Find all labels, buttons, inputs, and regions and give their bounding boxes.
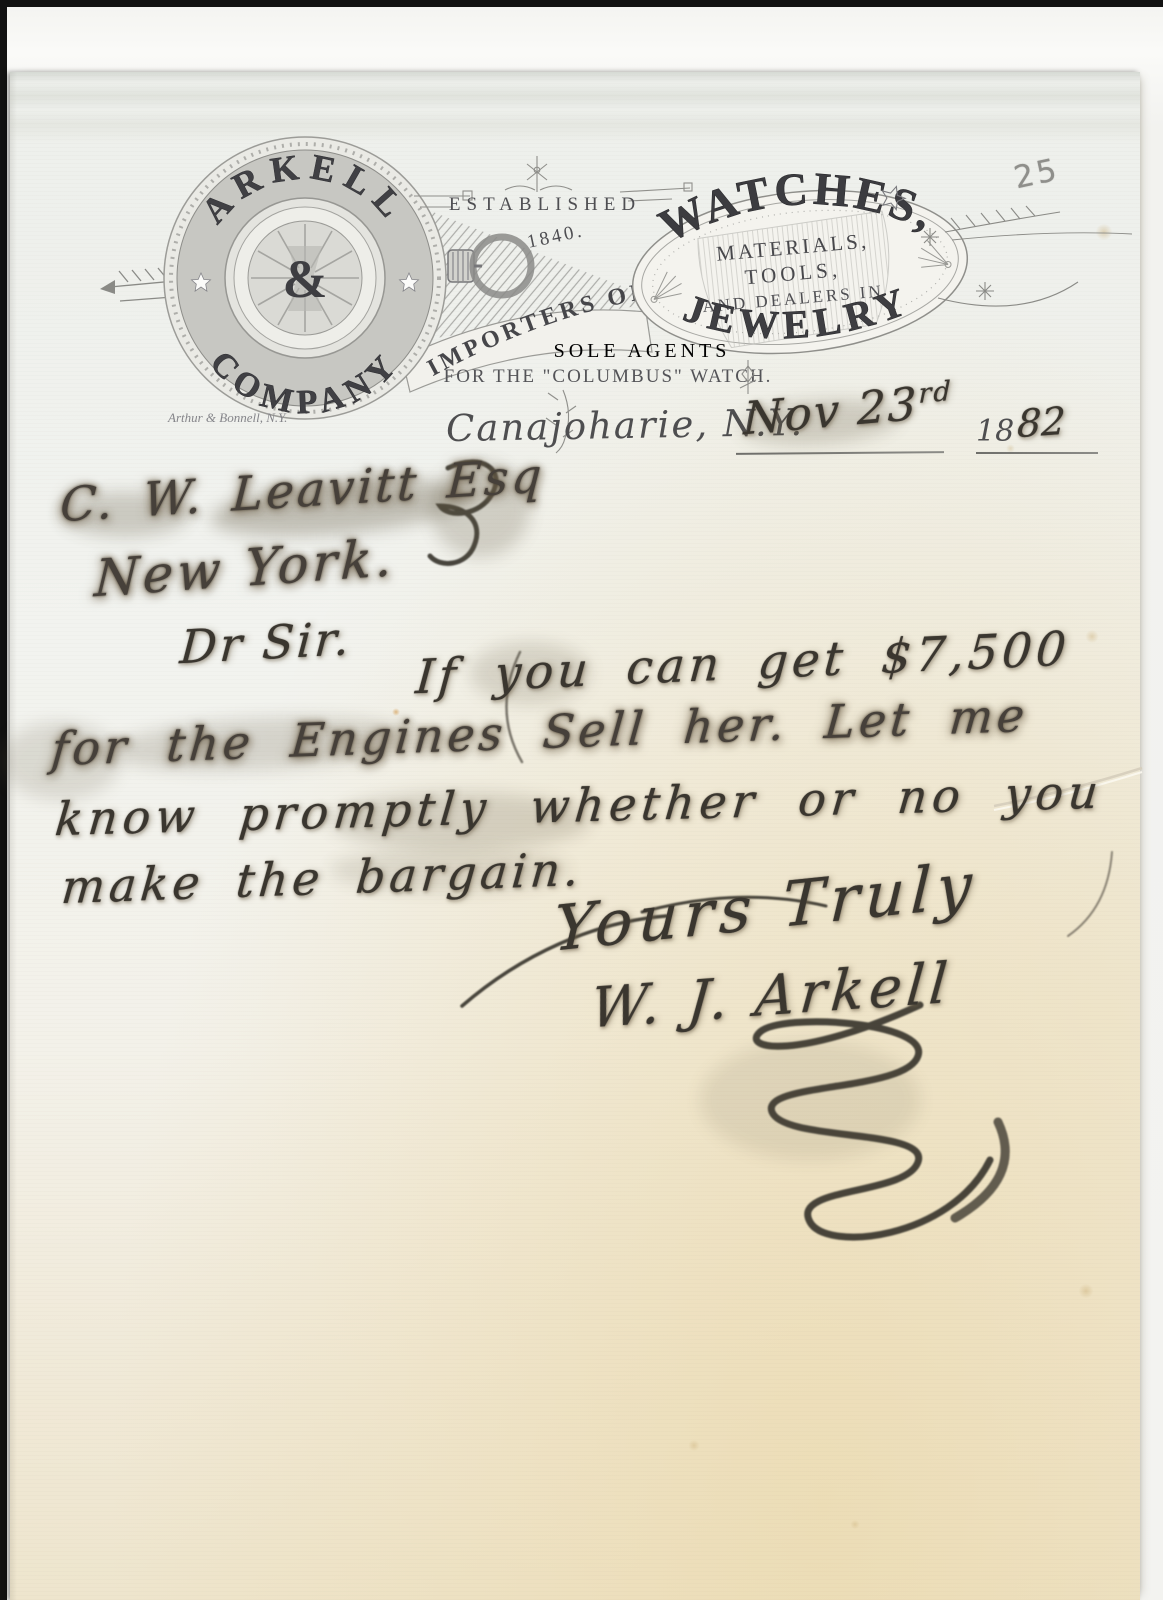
engraver-credit: Arthur & Bonnell, N.Y. bbox=[167, 410, 287, 425]
sole-agents-line2: FOR THE "COLUMBUS" WATCH. bbox=[444, 366, 773, 387]
established-year: 1840. bbox=[525, 220, 586, 253]
printed-year-prefix: 18 bbox=[976, 414, 1014, 449]
date-ordinal-suffix: rd bbox=[918, 376, 953, 410]
company-seal: & ARKELL COMPANY bbox=[164, 137, 446, 422]
year-rule bbox=[976, 452, 1098, 454]
established-label: ESTABLISHED bbox=[449, 194, 641, 215]
oval-emblem: WATCHES, MATERIALS, TOOLS, AND DEALERS I… bbox=[625, 163, 976, 369]
ink-smear bbox=[700, 1040, 920, 1160]
salutation-line: Dr Sir. bbox=[178, 611, 354, 674]
sparkle-icon bbox=[976, 282, 994, 300]
sole-agents-line1: SOLE AGENTS bbox=[554, 340, 731, 362]
seal-ampersand: & bbox=[283, 249, 328, 309]
handwritten-year: 82 bbox=[1016, 399, 1066, 447]
scanned-letter-document: IMPORTERS OF bbox=[0, 0, 1163, 1600]
